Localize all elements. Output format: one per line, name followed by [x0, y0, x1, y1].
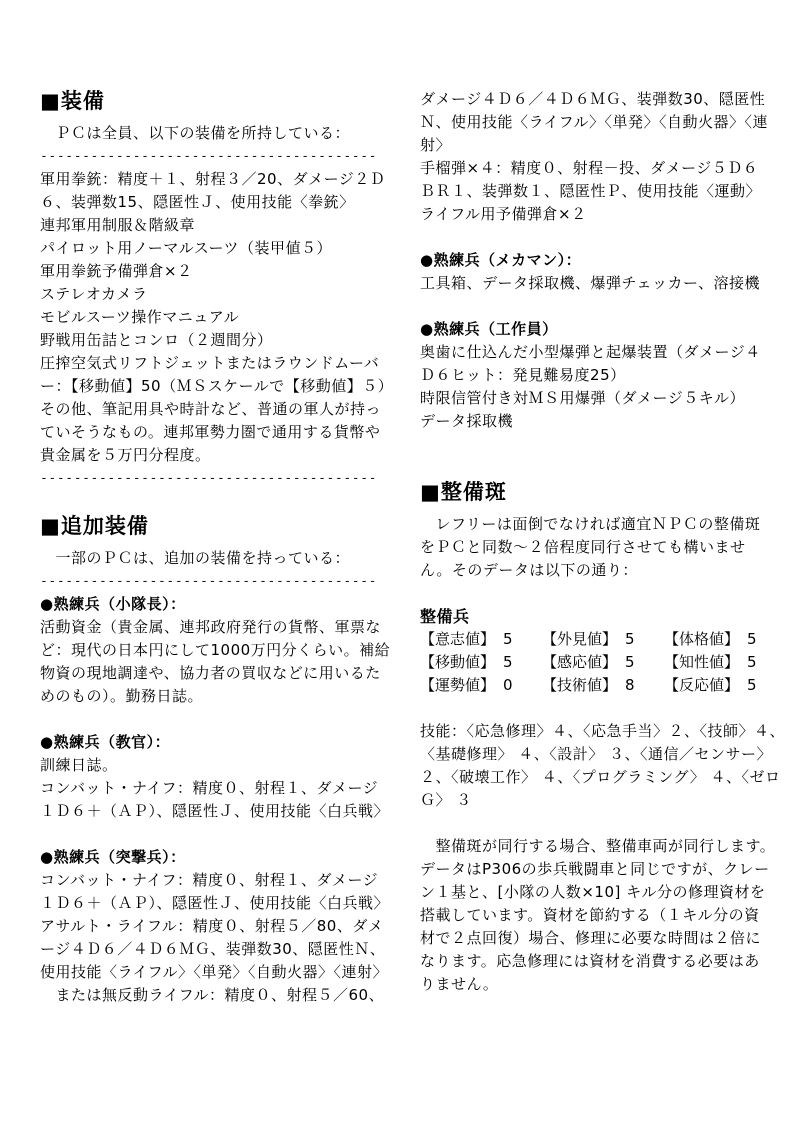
stat-cell: 【知性値】5	[664, 651, 786, 674]
stat-label: 【移動値】	[420, 651, 495, 674]
spacer	[420, 812, 788, 835]
subsection-heading: ●熟練兵（メカマン）：	[420, 249, 788, 272]
dashed-divider: ----------------------------------------	[40, 570, 408, 593]
stat-value: 5	[625, 651, 635, 674]
text-line: 技能：〈応急修理〉４、〈応急手当〉２、〈技師〉４、	[420, 720, 788, 743]
spacer	[420, 456, 788, 479]
text-line: 奥歯に仕込んだ小型爆弾と起爆装置（ダメージ４	[420, 341, 788, 364]
text-line: コンバット・ナイフ：精度０、射程１、ダメージ	[40, 869, 408, 892]
text-line: 軍用拳銃：精度＋１、射程３／20、ダメージ２Ｄ	[40, 168, 408, 191]
text-line: Ｎ、使用技能〈ライフル〉〈単発〉〈自動火器〉〈連	[420, 111, 788, 134]
stat-label: 【体格値】	[664, 628, 739, 651]
dashed-divider: ----------------------------------------	[40, 467, 408, 490]
text-line: 野戦用缶詰とコンロ（２週間分）	[40, 329, 408, 352]
spacer	[40, 823, 408, 846]
stat-block-title: 整備兵	[420, 605, 788, 628]
text-line: 訓練日誌。	[40, 754, 408, 777]
text-line: 物資の現地調達や、協力者の買収などに用いるた	[40, 662, 408, 685]
text-line: Ｄ６ヒット：発見難易度25）	[420, 364, 788, 387]
stat-label: 【外見値】	[542, 628, 617, 651]
stat-label: 【意志値】	[420, 628, 495, 651]
stat-row: 【運勢値】0【技術値】8【反応値】5	[420, 674, 788, 697]
text-line: なります。応急修理には資材を消費する必要はあ	[420, 950, 788, 973]
stat-cell: 【体格値】5	[664, 628, 786, 651]
text-line: 圧搾空気式リフトジェットまたはラウンドムーバ	[40, 352, 408, 375]
right-column: ダメージ４Ｄ６／４Ｄ６ＭＧ、装弾数30、隠匿性Ｎ、使用技能〈ライフル〉〈単発〉〈…	[420, 88, 788, 996]
text-line: パイロット用ノーマルスーツ（装甲値５）	[40, 237, 408, 260]
spacer	[420, 226, 788, 249]
left-column: ■装備 ＰＣは全員、以下の装備を所持している：-----------------…	[40, 88, 408, 1007]
section-heading: ■追加装備	[40, 513, 408, 539]
text-line: りません。	[420, 973, 788, 996]
spacer	[420, 433, 788, 456]
stat-value: 8	[625, 674, 635, 697]
text-line: ライフル用予備弾倉×２	[420, 203, 788, 226]
spacer	[40, 490, 408, 513]
text-line: 射〉	[420, 134, 788, 157]
text-line: ＰＣは全員、以下の装備を所持している：	[40, 122, 408, 145]
text-line: ん。そのデータは以下の通り：	[420, 559, 788, 582]
spacer	[420, 697, 788, 720]
stat-cell: 【運勢値】0	[420, 674, 542, 697]
text-line: アサルト・ライフル：精度０、射程５／80、ダメ	[40, 915, 408, 938]
text-line: ＢＲ１、装弾数１、隠匿性Ｐ、使用技能〈運動〉	[420, 180, 788, 203]
text-line: 工具箱、データ採取機、爆弾チェッカー、溶接機	[420, 272, 788, 295]
subsection-heading: ●熟練兵（教官）：	[40, 731, 408, 754]
stat-value: 5	[747, 651, 757, 674]
stat-row: 【移動値】5【感応値】5【知性値】5	[420, 651, 788, 674]
text-line: レフリーは面倒でなければ適宜ＮＰＣの整備斑	[420, 513, 788, 536]
text-line: ージ４Ｄ６／４Ｄ６ＭＧ、装弾数30、隠匿性Ｎ、	[40, 938, 408, 961]
stat-value: 5	[625, 628, 635, 651]
text-line: Ｇ〉 ３	[420, 789, 788, 812]
text-line: ダメージ４Ｄ６／４Ｄ６ＭＧ、装弾数30、隠匿性	[420, 88, 788, 111]
dashed-divider: ----------------------------------------	[40, 145, 408, 168]
subsection-heading: ●熟練兵（工作員）	[420, 318, 788, 341]
text-line: ２、〈破壊工作〉 ４、〈プログラミング〉 ４、〈ゼロ	[420, 766, 788, 789]
text-line: 搭載しています。資材を節約する（１キル分の資	[420, 904, 788, 927]
stat-cell: 【反応値】5	[664, 674, 786, 697]
text-line: コンバット・ナイフ：精度０、射程１、ダメージ	[40, 777, 408, 800]
stat-value: 5	[503, 628, 513, 651]
subsection-heading: ●熟練兵（突撃兵）：	[40, 846, 408, 869]
stat-cell: 【感応値】5	[542, 651, 664, 674]
stat-cell: 【外見値】5	[542, 628, 664, 651]
text-line: ステレオカメラ	[40, 283, 408, 306]
text-line: 貴金属を５万円分程度。	[40, 444, 408, 467]
document-page: ■装備 ＰＣは全員、以下の装備を所持している：-----------------…	[0, 0, 794, 1123]
text-line: めのもの）。勤務日誌。	[40, 685, 408, 708]
stat-cell: 【意志値】5	[420, 628, 542, 651]
stat-value: 0	[503, 674, 513, 697]
subsection-heading: ●熟練兵（小隊長）：	[40, 593, 408, 616]
text-line: をＰＣと同数～２倍程度同行させても構いませ	[420, 536, 788, 559]
stat-value: 5	[747, 674, 757, 697]
text-line: 整備斑が同行する場合、整備車両が同行します。	[420, 835, 788, 858]
stat-label: 【反応値】	[664, 674, 739, 697]
text-line: 材で２点回復）場合、修理に必要な時間は２倍に	[420, 927, 788, 950]
text-line: １Ｄ６＋（ＡＰ）、隠匿性Ｊ、使用技能〈白兵戦〉	[40, 800, 408, 823]
text-line: ていそうなもの。連邦軍勢力圏で通用する貨幣や	[40, 421, 408, 444]
stat-row: 【意志値】5【外見値】5【体格値】5	[420, 628, 788, 651]
text-line: 手榴弾×４：精度０、射程－投、ダメージ５Ｄ６	[420, 157, 788, 180]
stat-cell: 【技術値】8	[542, 674, 664, 697]
stat-label: 【技術値】	[542, 674, 617, 697]
stat-label: 【知性値】	[664, 651, 739, 674]
text-line: データ採取機	[420, 410, 788, 433]
section-heading: ■整備斑	[420, 479, 788, 505]
text-line: 軍用拳銃予備弾倉×２	[40, 260, 408, 283]
stat-value: 5	[503, 651, 513, 674]
text-line: ン１基と、[小隊の人数×10] キル分の修理資材を	[420, 881, 788, 904]
stat-value: 5	[747, 628, 757, 651]
spacer	[40, 708, 408, 731]
spacer	[420, 295, 788, 318]
spacer	[420, 582, 788, 605]
text-line: 時限信管付き対ＭＳ用爆弾（ダメージ５キル）	[420, 387, 788, 410]
text-line: １Ｄ６＋（ＡＰ）、隠匿性Ｊ、使用技能〈白兵戦〉	[40, 892, 408, 915]
text-line: 活動資金（貴金属、連邦政府発行の貨幣、軍票な	[40, 616, 408, 639]
text-line: 〈基礎修理〉 ４、〈設計〉 ３、〈通信／センサー〉	[420, 743, 788, 766]
stat-cell: 【移動値】5	[420, 651, 542, 674]
text-line: ６、装弾数15、隠匿性Ｊ、使用技能〈拳銃〉	[40, 191, 408, 214]
text-line: データはP306の歩兵戦闘車と同じですが、クレー	[420, 858, 788, 881]
text-line: 使用技能〈ライフル〉〈単発〉〈自動火器〉〈連射〉	[40, 961, 408, 984]
stats-table: 【意志値】5【外見値】5【体格値】5【移動値】5【感応値】5【知性値】5【運勢値…	[420, 628, 788, 697]
text-line: または無反動ライフル：精度０、射程５／60、	[40, 984, 408, 1007]
section-heading: ■装備	[40, 88, 408, 114]
text-line: ど：現代の日本円にして1000万円分くらい。補給	[40, 639, 408, 662]
stat-label: 【運勢値】	[420, 674, 495, 697]
stat-label: 【感応値】	[542, 651, 617, 674]
text-line: 一部のＰＣは、追加の装備を持っている：	[40, 547, 408, 570]
text-line: モビルスーツ操作マニュアル	[40, 306, 408, 329]
text-line: 連邦軍用制服＆階級章	[40, 214, 408, 237]
text-line: その他、筆記用具や時計など、普通の軍人が持っ	[40, 398, 408, 421]
text-line: ー：【移動値】50（ＭＳスケールで【移動値】５）	[40, 375, 408, 398]
